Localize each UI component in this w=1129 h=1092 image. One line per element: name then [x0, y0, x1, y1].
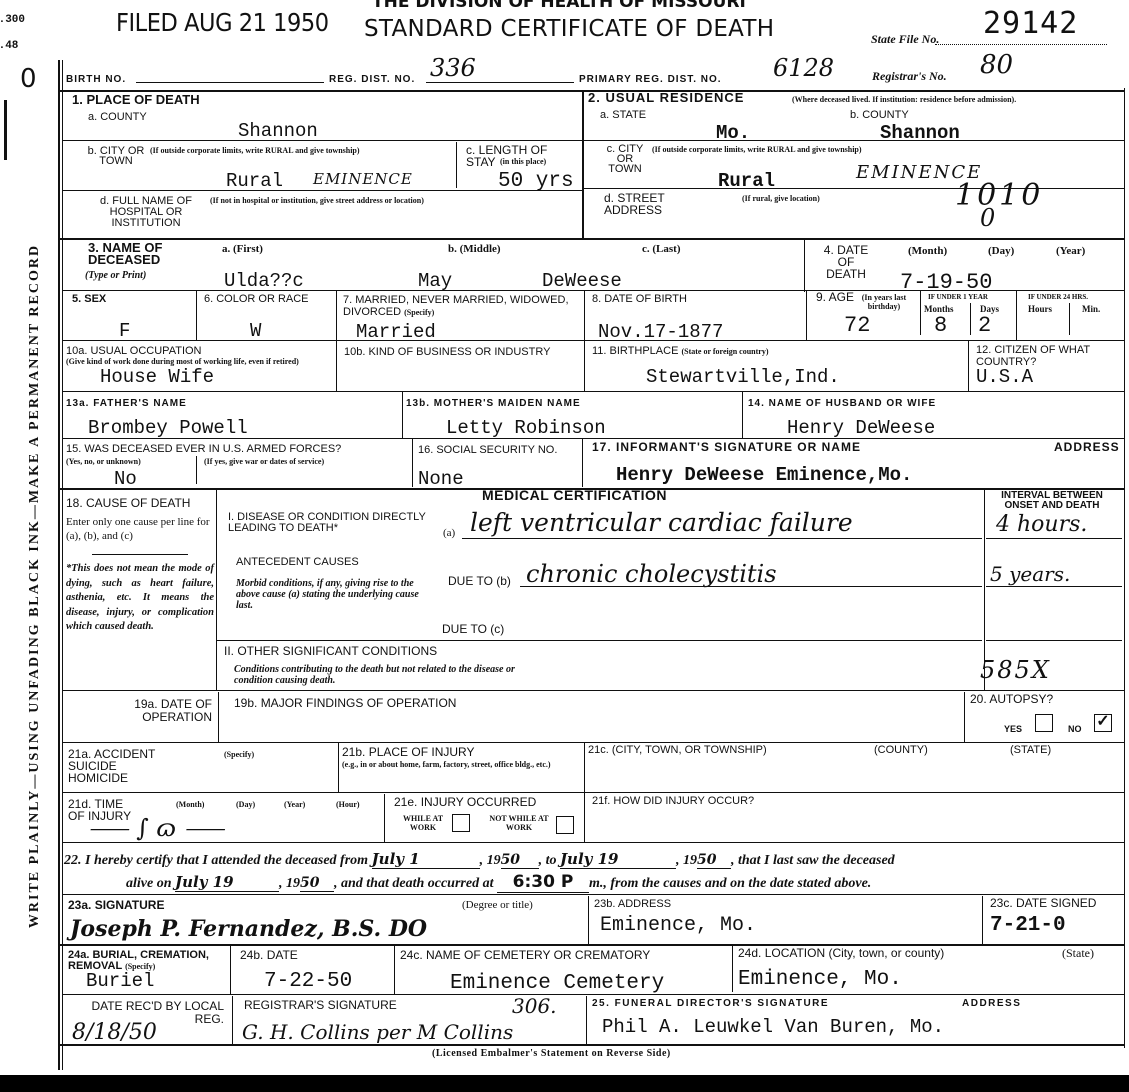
cause-a-marker: (a) [443, 528, 455, 539]
sex-value: F [119, 322, 130, 341]
dod-label: 4. DATE OF DEATH [818, 244, 874, 280]
mother-divider [742, 392, 743, 438]
certify-text-1c: , to [539, 853, 557, 868]
middle-name-value: May [418, 272, 452, 291]
autopsy-divider [964, 692, 965, 742]
registrar-number: 80 [980, 50, 1013, 80]
occupation-label: 10a. USUAL OCCUPATION [66, 346, 202, 357]
cause-a-line [462, 538, 982, 539]
father-label: 13a. FATHER'S NAME [66, 398, 187, 409]
autopsy-yes-checkbox[interactable] [1035, 714, 1053, 732]
ur-street-handwritten-2: 0 [980, 204, 995, 232]
injury-time-divider [384, 794, 385, 842]
race-value: W [250, 322, 261, 341]
usual-residence-note: (Where deceased lived. If institution: r… [792, 95, 1118, 104]
armed-forces-note-2: (If yes, give war or dates of service) [204, 457, 324, 466]
pod-city-label: b. CITY OR TOWN [86, 146, 146, 166]
row-13-line [62, 438, 1124, 439]
place-of-death-title: 1. PLACE OF DEATH [72, 94, 200, 105]
row-19-line [62, 742, 1124, 743]
informant-label: 17. INFORMANT'S SIGNATURE OR NAME [592, 442, 861, 453]
certify-text-1e: , that I last saw the deceased [731, 853, 895, 868]
scan-edge [0, 1075, 1129, 1092]
due-to-b-label: DUE TO (b) [448, 576, 511, 587]
occupation-value: House Wife [100, 368, 214, 387]
form-left-border-inner [62, 60, 63, 1070]
location-label: 24d. LOCATION (City, town, or county) [738, 948, 944, 959]
form-left-border [58, 60, 60, 1070]
disposition-label: 24a. BURIAL, CREMATION, REMOVAL (Specify… [68, 950, 228, 972]
date-signed-value: 7-21-0 [990, 916, 1066, 935]
usual-residence-title: 2. USUAL RESIDENCE [588, 92, 744, 103]
birth-no-label: BIRTH NO. [66, 74, 126, 85]
ur-county-line [584, 140, 1124, 141]
document-title: STANDARD CERTIFICATE OF DEATH [364, 16, 774, 42]
min-label: Min. [1082, 305, 1100, 314]
injury-city-label: 21c. (CITY, TOWN, OR TOWNSHIP) [588, 745, 767, 756]
race-label: 6. COLOR OR RACE [204, 294, 309, 305]
disease-label: I. DISEASE OR CONDITION DIRECTLY LEADING… [228, 512, 448, 534]
physician-address-label: 23b. ADDRESS [594, 899, 671, 910]
cause-c-line [216, 640, 982, 641]
informant-value: Henry DeWeese Eminence,Mo. [616, 466, 912, 485]
injury-time-scribble: ⸺ ∫ ɷ ⸺ [88, 808, 224, 843]
not-while-at-work-label: NOT WHILE AT WORK [484, 814, 554, 832]
time-hour-label: (Hour) [336, 800, 360, 809]
accident-label: 21a. ACCIDENT SUICIDE HOMICIDE [68, 748, 168, 784]
division-heading: THE DIVISION OF HEALTH OF MISSOURI [372, 0, 746, 12]
row-24-line [62, 994, 1124, 995]
interval-a-line [986, 538, 1122, 539]
time-year-label: (Year) [284, 800, 305, 809]
row-23-line [60, 944, 1124, 946]
margin-tick [4, 100, 7, 160]
citizen-label: 12. CITIZEN OF WHAT COUNTRY? [976, 344, 1122, 368]
under-24-label: IF UNDER 24 HRS. [1028, 293, 1088, 302]
margin-mark: 0 [20, 64, 37, 94]
margin-number-1: 0.300 [0, 14, 25, 26]
row-5-9-line [62, 340, 1124, 341]
father-divider [402, 392, 403, 438]
certify-text-2c: , and that death occurred at [334, 876, 493, 891]
pod-city-note: (If outside corporate limits, write RURA… [150, 146, 450, 155]
primary-reg-dist-number: 6128 [773, 54, 834, 82]
ssn-divider [582, 439, 583, 487]
cause-footnote: *This does not mean the mode of dying, s… [66, 562, 214, 635]
row-21a-line [62, 792, 1124, 793]
funeral-director-label: 25. FUNERAL DIRECTOR'S SIGNATURE [592, 998, 829, 1009]
interval-c-line [986, 640, 1122, 641]
name-sub: (Type or Print) [85, 270, 146, 282]
physician-signature: Joseph P. Fernandez, B.S. DO [70, 916, 427, 942]
form-right-border [1124, 88, 1125, 1048]
autopsy-label: 20. AUTOPSY? [970, 694, 1053, 705]
under-1-year-label: IF UNDER 1 YEAR [928, 293, 988, 302]
ur-state-label: a. STATE [600, 110, 646, 121]
from-date: July 1 [372, 850, 480, 869]
certify-text-1a: 22. I hereby certify that I attended the… [64, 853, 368, 868]
dod-day-label: (Day) [988, 246, 1014, 257]
ssn-value: None [418, 470, 464, 489]
injury-occurred-label: 21e. INJURY OCCURRED [394, 797, 536, 808]
ur-street-label: d. STREET ADDRESS [604, 192, 674, 216]
dod-divider [804, 240, 805, 292]
ur-county-label: b. COUNTY [850, 110, 909, 121]
pod-city-handwritten: EMINENCE [313, 170, 413, 188]
certify-text-2a: alive on [126, 876, 172, 891]
state-file-label: State File No. [871, 32, 939, 47]
interval-b-line [986, 586, 1122, 587]
autopsy-no-checkbox[interactable]: ✓ [1094, 714, 1112, 732]
signature-divider [588, 896, 589, 944]
min-divider [1069, 303, 1070, 335]
ur-city-note: (If outside corporate limits, write RURA… [652, 145, 862, 154]
due-to-c-label: DUE TO (c) [442, 624, 504, 635]
pod-stay-note: (in this place) [500, 157, 546, 166]
sex-label: 5. SEX [72, 294, 106, 305]
from-year: 50 [501, 852, 539, 869]
pod-stay-value: 50 yrs [498, 172, 574, 191]
middle-name-label: b. (Middle) [448, 244, 501, 255]
antecedent-label: ANTECEDENT CAUSES [236, 557, 359, 568]
row-25-line [60, 1044, 1124, 1046]
section-1-2-divider [582, 90, 584, 238]
certification-statement-line-2: alive on July 19, 1950, and that death o… [126, 872, 871, 893]
ur-city-label: c. CITY OR TOWN [600, 144, 650, 174]
pod-county-value: Shannon [238, 122, 318, 141]
pod-county-label: a. COUNTY [88, 112, 147, 123]
funeral-director-address-label: ADDRESS [962, 998, 1021, 1009]
row-22-line [62, 894, 1124, 895]
armed-forces-value: No [114, 470, 137, 489]
marital-label: 7. MARRIED, NEVER MARRIED, WIDOWED, DIVO… [343, 294, 575, 318]
autopsy-yes-label: YES [1004, 724, 1022, 735]
last-name-label: c. (Last) [642, 244, 681, 255]
race-divider [336, 291, 337, 391]
interval-a-value: 4 hours. [996, 512, 1087, 537]
spouse-label: 14. NAME OF HUSBAND OR WIFE [748, 398, 936, 409]
name-label: 3. NAME OF DECEASED [88, 242, 178, 266]
reg-dist-line [426, 82, 574, 83]
armed-note-divider [196, 456, 197, 484]
marital-label-text: 7. MARRIED, NEVER MARRIED, WIDOWED, DIVO… [343, 294, 569, 318]
checkmark-icon: ✓ [1096, 713, 1109, 730]
cause-column-divider [216, 490, 217, 690]
death-time: 6:30 P [497, 872, 589, 893]
months-value: 8 [934, 316, 947, 335]
alive-year: 50 [300, 875, 334, 892]
antecedent-note: Morbid conditions, if any, giving rise t… [236, 578, 436, 611]
last-name-value: DeWeese [542, 272, 622, 291]
row-10-12-line [62, 391, 1124, 392]
cemetery-value: Eminence Cemetery [450, 974, 664, 993]
marital-note: (Specify) [404, 308, 434, 317]
days-divider [970, 303, 971, 335]
pod-hospital-note: (If not in hospital or institution, give… [210, 196, 424, 205]
pod-city-value: Rural [226, 172, 283, 191]
certify-text-2d: m., from the causes and on the date stat… [589, 876, 871, 891]
accident-specify: (Specify) [224, 750, 254, 759]
row-21d-line [62, 842, 1124, 843]
medical-cert-title: MEDICAL CERTIFICATION [482, 490, 667, 501]
armed-forces-label: 15. WAS DECEASED EVER IN U.S. ARMED FORC… [66, 444, 341, 455]
reg-dist-number: 336 [430, 54, 476, 82]
mother-value: Letty Robinson [446, 419, 606, 438]
location-state-label: (State) [1062, 948, 1094, 959]
disposition-divider [230, 946, 231, 994]
business-label: 10b. KIND OF BUSINESS OR INDUSTRY [344, 346, 576, 358]
date-signed-divider [982, 896, 983, 944]
armed-forces-note-1: (Yes, no, or unknown) [66, 457, 141, 466]
burial-date-label: 24b. DATE [240, 950, 298, 961]
registrar-signature: G. H. Collins per M Collins [242, 1020, 513, 1044]
section-2-bottom [60, 238, 1124, 240]
certify-text-1b: , 19 [480, 853, 501, 868]
dob-label: 8. DATE OF BIRTH [592, 294, 687, 305]
injury-state-label: (STATE) [1010, 745, 1051, 756]
medical-row-bottom [62, 690, 1124, 691]
how-injury-label: 21f. HOW DID INJURY OCCUR? [592, 796, 754, 807]
state-file-underline [935, 44, 1107, 45]
physician-address-value: Eminence, Mo. [600, 916, 756, 935]
pod-hospital-label: d. FULL NAME OF HOSPITAL OR INSTITUTION [86, 196, 206, 229]
armed-divider [412, 439, 413, 487]
spouse-value: Henry DeWeese [787, 419, 935, 438]
burial-date-divider [394, 946, 395, 994]
birthplace-label: 11. BIRTHPLACE (State or foreign country… [592, 346, 769, 357]
hours-label: Hours [1028, 305, 1052, 314]
injury-place-label: 21b. PLACE OF INJURY [342, 747, 475, 758]
other-conditions-note: Conditions contributing to the death but… [234, 664, 534, 686]
to-date: July 19 [560, 850, 676, 869]
birthplace-note: (State or foreign country) [681, 347, 768, 356]
primary-reg-dist-label: PRIMARY REG. DIST. NO. [579, 74, 722, 85]
informant-address-label: ADDRESS [1054, 442, 1120, 453]
ssn-label: 16. SOCIAL SECURITY NO. [418, 444, 574, 456]
sex-divider [196, 291, 197, 341]
first-name-value: Ulda??c [224, 272, 304, 291]
marital-divider [584, 291, 585, 391]
cause-b-value: chronic cholecystitis [526, 560, 777, 588]
while-at-work-label: WHILE AT WORK [398, 814, 448, 832]
alive-date: July 19 [175, 873, 279, 892]
months-divider [920, 291, 921, 335]
cause-b-line [520, 586, 982, 587]
operation-findings-label: 19b. MAJOR FINDINGS OF OPERATION [234, 698, 456, 709]
date-signed-label: 23c. DATE SIGNED [990, 898, 1096, 909]
dod-month-label: (Month) [908, 246, 947, 257]
disposition-value: Buriel [86, 972, 154, 991]
age-label: 9. AGE [816, 292, 854, 303]
injury-place-divider [584, 743, 585, 843]
birthplace-value: Stewartville,Ind. [646, 368, 840, 387]
name-row-line [62, 290, 1124, 291]
pod-stay-divider [456, 142, 457, 188]
registrar-signature-label: REGISTRAR'S SIGNATURE [244, 1000, 397, 1011]
birth-no-line [136, 82, 324, 83]
while-at-work-checkbox[interactable] [452, 814, 470, 832]
occupation-note: (Give kind of work done during most of w… [66, 357, 336, 366]
footer-note: (Licensed Embalmer's Statement on Revers… [432, 1048, 671, 1059]
cemetery-divider [732, 946, 733, 992]
certify-text-1d: , 19 [676, 853, 697, 868]
ur-street-handwritten: 1010 [955, 178, 1043, 213]
op-date-divider [218, 692, 219, 742]
registrar-divider [586, 996, 587, 1044]
days-value: 2 [978, 316, 991, 335]
cause-instruction: Enter only one cause per line for (a), (… [66, 515, 214, 543]
injury-county-label: (COUNTY) [874, 745, 928, 756]
cause-instruction-divider [92, 554, 188, 555]
signature-label: 23a. SIGNATURE [68, 900, 164, 911]
filed-stamp: FILED AUG 21 1950 [116, 8, 329, 37]
autopsy-no-label: NO [1068, 724, 1082, 735]
birthplace-label-text: 11. BIRTHPLACE [592, 345, 678, 357]
dod-year-label: (Year) [1056, 246, 1085, 257]
cause-label: 18. CAUSE OF DEATH [66, 498, 190, 509]
interval-label: INTERVAL BETWEEN ONSET AND DEATH [990, 491, 1114, 511]
cause-code: 585X [980, 656, 1051, 684]
father-value: Brombey Powell [88, 419, 248, 438]
to-year: 50 [697, 852, 731, 869]
cemetery-label: 24c. NAME OF CEMETERY OR CREMATORY [400, 950, 650, 961]
margin-vertical-instruction: WRITE PLAINLY—USING UNFADING BLACK INK—M… [27, 121, 43, 1051]
mother-label: 13b. MOTHER'S MAIDEN NAME [406, 398, 581, 409]
other-conditions-label: II. OTHER SIGNIFICANT CONDITIONS [224, 646, 437, 657]
age-value: 72 [844, 316, 870, 335]
hours-divider [1016, 291, 1017, 341]
state-file-number: 29142 [983, 6, 1078, 41]
funeral-director-value: Phil A. Leuwkel Van Buren, Mo. [602, 1018, 944, 1037]
registrar-no-label: Registrar's No. [872, 69, 947, 84]
citizen-divider [968, 341, 969, 391]
margin-number-2: 0.48 [0, 40, 18, 52]
certification-statement-line-1: 22. I hereby certify that I attended the… [64, 850, 895, 869]
age-note: (In years last birthday) [850, 293, 918, 311]
pod-county-line [62, 140, 582, 141]
accident-divider [338, 743, 339, 793]
cause-a-value: left ventricular cardiac failure [470, 508, 853, 537]
date-received-value: 8/18/50 [72, 1020, 157, 1045]
first-name-label: a. (First) [222, 244, 263, 255]
injury-place-note: (e.g., in or about home, farm, factory, … [342, 760, 582, 769]
not-while-at-work-checkbox[interactable] [556, 816, 574, 834]
reg-dist-label: REG. DIST. NO. [329, 74, 415, 85]
citizen-value: U.S.A [976, 368, 1033, 387]
date-received-divider [232, 996, 233, 1044]
certify-text-2b: , 19 [279, 876, 300, 891]
age-divider [806, 291, 807, 341]
location-value: Eminence, Mo. [738, 970, 902, 989]
time-day-label: (Day) [236, 800, 255, 809]
interval-b-value: 5 years. [990, 562, 1070, 586]
burial-date-value: 7-22-50 [264, 972, 352, 991]
ur-street-note: (If rural, give location) [742, 194, 820, 203]
degree-label: (Degree or title) [462, 900, 533, 911]
pod-city-line [62, 190, 582, 191]
registrar-number-value: 306. [512, 994, 557, 1018]
operation-date-label: 19a. DATE OF OPERATION [70, 698, 212, 724]
